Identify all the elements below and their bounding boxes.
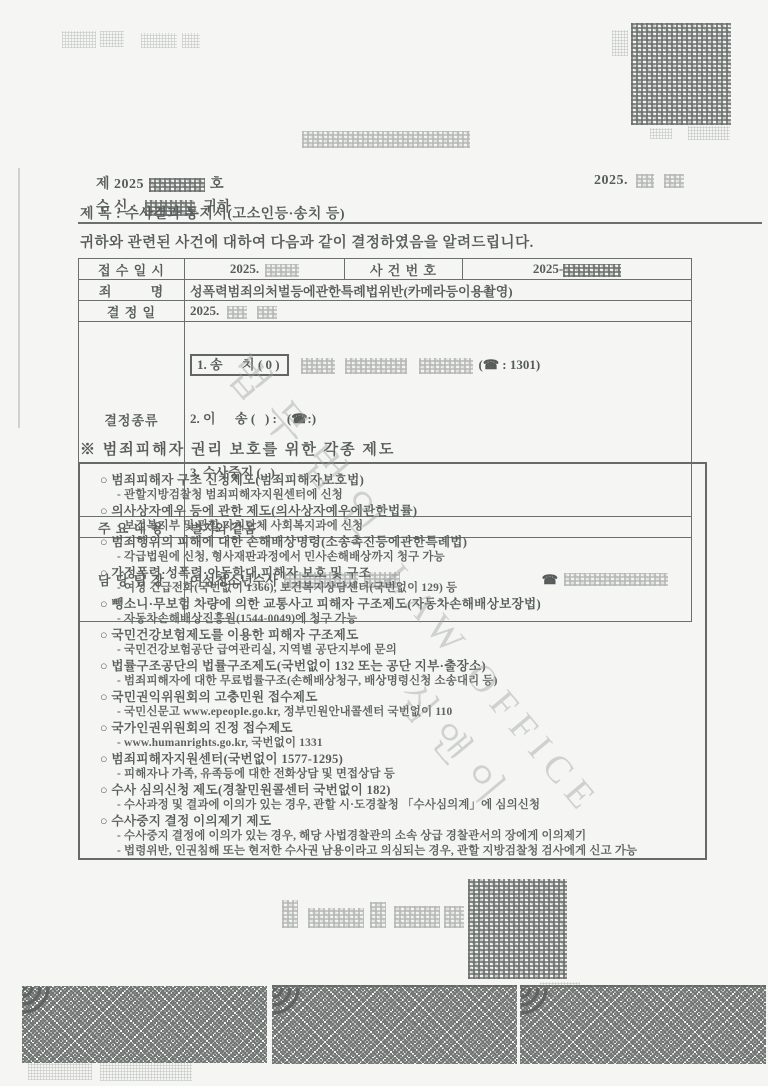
notice-item-sub: - 국민신문고 www.epeople.go.kr, 정부민원안내콜센터 국번없… — [100, 705, 695, 720]
redacted-region — [100, 31, 124, 47]
notice-item-main: ○ 국민건강보험제도를 이용한 피해자 구조제도 — [100, 627, 695, 643]
barcode-stamp — [22, 986, 267, 1063]
doc-date: 2025. — [594, 173, 628, 188]
redacted-stamp — [631, 23, 731, 125]
redacted-decision-day — [257, 306, 277, 319]
notice-item-sub: - 보건복지부 및 관할 자치단체 사회복지과에 신청 — [100, 519, 695, 534]
table-row: 결 정 일 2025. — [79, 301, 692, 322]
redacted-authority-text — [444, 906, 464, 928]
notice-item-main: ○ 범죄피해자 구조 신청제도(범죄피해자보호법) — [100, 472, 695, 488]
redacted-official-seal — [468, 879, 567, 979]
notice-item-sub: - 자동차손해배상진흥원(1544-0049)에 청구 가능 — [100, 612, 695, 627]
redacted-case-no — [563, 264, 621, 277]
notice-item-main: ○ 가정폭력·성폭력·아동학대 피해자 보호 및 구조 — [100, 565, 695, 581]
notice-item-sub: - 법령위반, 인권침해 또는 현저한 수사권 남용이라고 의심되는 경우, 관… — [100, 844, 695, 859]
redacted-agency — [301, 358, 335, 374]
notice-item-main: ○ 국민권익위원회의 고충민원 접수제도 — [100, 689, 695, 705]
notice-item-sub: - 피해자나 가족, 유족등에 대한 전화상담 및 면접상담 등 — [100, 767, 695, 782]
redacted-agency — [345, 358, 407, 374]
receipt-label: 접 수 일 시 — [79, 259, 185, 280]
redacted-region — [650, 128, 672, 139]
redacted-receipt-date — [265, 264, 299, 277]
notice-item: ○ 범죄피해자지원센터(국번없이 1577-1295)- 피해자나 가족, 유족… — [100, 751, 695, 782]
redacted-region — [100, 1061, 192, 1081]
redacted-region — [688, 126, 730, 140]
offense-label: 죄 명 — [79, 280, 185, 301]
notice-item-main: ○ 국가인권위원회의 진정 접수제도 — [100, 720, 695, 736]
barcode-stamp — [520, 985, 766, 1064]
notice-item-main: ○ 수사 심의신청 제도(경찰민원콜센터 국번없이 182) — [100, 782, 695, 798]
notice-item: ○ 범죄피해자 구조 신청제도(범죄피해자보호법)- 관할지방검찰청 범죄피해자… — [100, 472, 695, 503]
notice-item-main: ○ 의사상자예우 등에 관한 제도(의사상자예우에관한법률) — [100, 503, 695, 519]
redacted-authority-text — [394, 906, 440, 928]
redacted-region — [302, 131, 470, 148]
notice-item-sub: - 국민건강보험공단 급여관리실, 지역별 공단지부에 문의 — [100, 643, 695, 658]
redacted-region — [141, 33, 177, 48]
decision-date-label: 결 정 일 — [79, 301, 185, 322]
notice-item: ○ 국민건강보험제도를 이용한 피해자 구조제도- 국민건강보험공단 급여관리실… — [100, 627, 695, 658]
scan-edge-artifact — [18, 168, 20, 428]
notice-item-sub: - 각급법원에 신청, 형사재판과정에서 민사손해배상까지 청구 가능 — [100, 550, 695, 565]
case-no-value: 2025- — [463, 259, 692, 280]
subject-line: 제 목 : 수사결과 통지서(고소인등·송치 등) — [80, 203, 345, 223]
scanned-document: 제 2025호 2025. 수 신 :귀하 제 목 : 수사결과 통지서(고소인… — [0, 0, 768, 1086]
wave-icon — [23, 987, 53, 1017]
header-rule — [78, 222, 762, 224]
redacted-authority-text — [282, 900, 298, 928]
notice-item: ○ 국민권익위원회의 고충민원 접수제도- 국민신문고 www.epeople.… — [100, 689, 695, 720]
redacted-month — [636, 174, 654, 188]
notice-item-sub: - 수사과정 및 결과에 이의가 있는 경우, 관할 시·도경찰청 「수사심의계… — [100, 798, 695, 813]
redacted-decision-month — [227, 306, 247, 319]
redacted-day — [664, 174, 684, 188]
notice-item-sub: - 여성 긴급전화(국번없이 1366), 보건복지상담센터(국번없이 129)… — [100, 581, 695, 596]
notice-item: ○ 뺑소니·무보험 차량에 의한 교통사고 피해자 구조제도(자동차손해배상보장… — [100, 596, 695, 627]
offense-value: 성폭력범죄의처벌등에관한특례법위반(카메라등이용촬영) — [185, 280, 692, 301]
redacted-region — [28, 1063, 92, 1080]
decision-option-2-tel: (☎:) — [287, 411, 316, 426]
notice-item: ○ 의사상자예우 등에 관한 제도(의사상자예우에관한법률)- 보건복지부 및 … — [100, 503, 695, 534]
victim-rights-list: ○ 범죄피해자 구조 신청제도(범죄피해자보호법)- 관할지방검찰청 범죄피해자… — [100, 472, 695, 859]
redacted-region — [62, 31, 96, 48]
notice-item-main: ○ 법률구조공단의 법률구조제도(국번없이 132 또는 공단 지부·출장소) — [100, 658, 695, 674]
decision-option-1: 1. 송 치 ( 0 )(☎ : 1301) — [190, 354, 686, 376]
notice-item: ○ 국가인권위원회의 진정 접수제도- www.humanrights.go.k… — [100, 720, 695, 751]
notice-item-main: ○ 범죄행위의 피해에 대한 손해배상명령(소송촉진등에관한특례법) — [100, 534, 695, 550]
redacted-authority-text — [370, 902, 386, 928]
redacted-authority-text — [308, 908, 364, 928]
notice-item: ○ 법률구조공단의 법률구조제도(국번없이 132 또는 공단 지부·출장소)-… — [100, 658, 695, 689]
notice-item-main: ○ 범죄피해자지원센터(국번없이 1577-1295) — [100, 751, 695, 767]
victim-rights-box: ○ 범죄피해자 구조 신청제도(범죄피해자보호법)- 관할지방검찰청 범죄피해자… — [78, 462, 707, 860]
notice-item: ○ 수사 심의신청 제도(경찰민원콜센터 국번없이 182)- 수사과정 및 결… — [100, 782, 695, 813]
notice-item-main: ○ 수사중지 결정 이의제기 제도 — [100, 813, 695, 829]
notice-item-sub: - 수사중지 결정에 이의가 있는 경우, 해당 사법경찰관의 소속 상급 경찰… — [100, 829, 695, 844]
decision-date-value: 2025. — [185, 301, 692, 322]
wave-icon — [273, 988, 303, 1018]
barcode-stamp — [272, 985, 517, 1064]
doc-date-line: 2025. — [578, 157, 684, 205]
redacted-region — [612, 30, 628, 56]
decision-option-1-tel: (☎ : 1301) — [479, 357, 541, 372]
notice-item-sub: - www.humanrights.go.kr, 국번없이 1331 — [100, 736, 695, 751]
decision-option-2: 2. 이 송 ( ) :(☎:) — [190, 408, 686, 430]
notice-item-main: ○ 뺑소니·무보험 차량에 의한 교통사고 피해자 구조제도(자동차손해배상보장… — [100, 596, 695, 612]
table-row: 접 수 일 시 2025. 사 건 번 호 2025- — [79, 259, 692, 280]
victim-rights-heading: ※ 범죄피해자 권리 보호를 위한 각종 제도 — [80, 438, 395, 459]
receipt-value: 2025. — [185, 259, 345, 280]
case-no-label: 사 건 번 호 — [345, 259, 463, 280]
notice-item-sub: - 범죄피해자에 대한 무료법률구조(손해배상청구, 배상명령신청 소송대리 등… — [100, 674, 695, 689]
table-row: 죄 명 성폭력범죄의처벌등에관한특례법위반(카메라등이용촬영) — [79, 280, 692, 301]
redacted-region — [182, 33, 200, 48]
redacted-agency — [419, 358, 473, 374]
notice-item: ○ 수사중지 결정 이의제기 제도- 수사중지 결정에 이의가 있는 경우, 해… — [100, 813, 695, 859]
notice-item-sub: - 관할지방검찰청 범죄피해자지원센터에 신청 — [100, 488, 695, 503]
wave-icon — [521, 988, 551, 1018]
notice-item: ○ 가정폭력·성폭력·아동학대 피해자 보호 및 구조- 여성 긴급전화(국번없… — [100, 565, 695, 596]
notice-item: ○ 범죄행위의 피해에 대한 손해배상명령(소송촉진등에관한특례법)- 각급법원… — [100, 534, 695, 565]
intro-sentence: 귀하와 관련된 사건에 대하여 다음과 같이 결정하였음을 알려드립니다. — [80, 231, 534, 252]
